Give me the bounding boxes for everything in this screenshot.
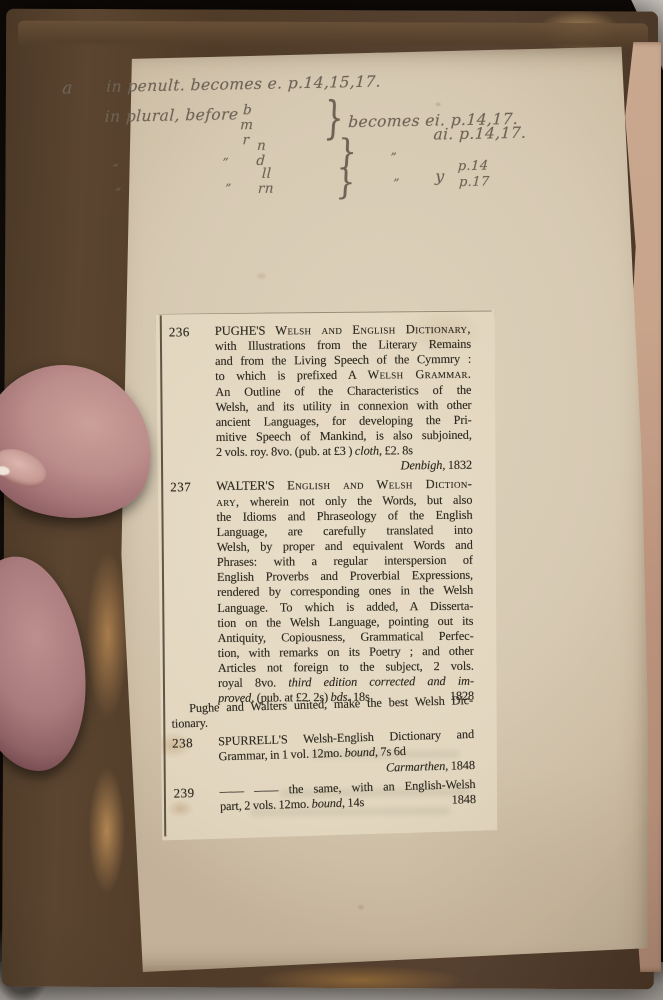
- catalog-text: ancient Languages, for developing the Pr…: [216, 413, 472, 429]
- entry-237: 237WALTER'S English and Welsh Diction-ar…: [157, 477, 498, 707]
- annotation-y-result: y: [435, 167, 445, 185]
- catalog-text: , £2. 8s: [379, 443, 413, 457]
- letter-stack-nd: n d: [256, 139, 267, 169]
- brace-3: }: [335, 162, 357, 203]
- ditto-mark: ”: [393, 176, 401, 190]
- catalog-text: English Proverbs and Proverbial Expressi…: [217, 568, 473, 584]
- catalog-text: PUGHE'S: [215, 323, 275, 338]
- ditto-mark: ”: [390, 150, 398, 164]
- annotation-ai-result: ai. p.14,17.: [433, 124, 527, 144]
- ditto-mark: ”: [112, 162, 120, 176]
- annotation-p14: p.14: [457, 158, 488, 174]
- catalog-text: Welsh Grammar.: [368, 367, 472, 382]
- catalog-text: Welsh, by proper and equivalent Words an…: [217, 538, 473, 554]
- thumbnail: [0, 441, 53, 495]
- entry-number: 236: [169, 324, 190, 340]
- catalog-text: An Outline of the Characteristics of the: [215, 382, 471, 398]
- catalog-text: to which is prefixed A: [215, 368, 367, 383]
- catalog-line: Denbigh, 1832: [216, 458, 472, 475]
- annotation-p17: p.17: [459, 174, 490, 190]
- ditto-mark: ”: [222, 155, 230, 169]
- catalog-text: bound: [311, 796, 342, 811]
- entry-236: 236PUGHE'S Welsh and English Dictionary,…: [156, 322, 496, 476]
- catalog-text: third edition corrected and im-: [288, 674, 474, 690]
- catalog-text: part, 2 vols. 12mo.: [220, 797, 312, 814]
- catalog-text: with Illustrations from the Literary Rem…: [215, 337, 471, 353]
- catalog-text: Phrases: with a regular interspersion of: [217, 553, 473, 569]
- ditto-mark: ”: [115, 186, 123, 200]
- annotation-line-2: in plural, before: [104, 105, 239, 126]
- catalog-text: tionary.: [171, 716, 208, 731]
- catalog-text: Language. To which is added, A Disserta-: [217, 598, 473, 614]
- catalog-text: Antiquity, Copiousness, Grammatical Perf…: [217, 629, 473, 645]
- catalog-entries-lower: Pughe and Walters united, make the best …: [158, 692, 500, 816]
- pencil-annotations: a in penult. becomes e. p.14,15,17. in p…: [51, 57, 560, 237]
- catalog-text: Welsh and English Dictionary,: [275, 322, 471, 338]
- entry-number: 238: [172, 735, 193, 752]
- catalog-text: Articles not foreign to the subject, 2 v…: [218, 659, 474, 675]
- catalog-text: tion on the Welsh Language, pointing out…: [217, 613, 473, 629]
- catalog-text: bound: [344, 745, 375, 760]
- photo-of-book-page: a in penult. becomes e. p.14,15,17. in p…: [0, 0, 663, 1000]
- catalog-clipping: 236PUGHE'S Welsh and English Dictionary,…: [156, 310, 500, 841]
- catalog-text: ary,: [216, 494, 239, 508]
- catalog-text: 2 vols. roy. 8vo. (pub. at £3 ): [216, 444, 355, 459]
- catalog-text: , 7s 6d: [375, 744, 406, 759]
- annotation-letter-a: a: [62, 78, 74, 98]
- catalog-text: Language, are carefully translated into: [217, 523, 473, 539]
- catalog-text: the Idioms and Phraseology of the Englis…: [216, 507, 472, 523]
- ditto-mark: ”: [225, 181, 233, 195]
- catalog-text: mitive Speech of Mankind, is also subjoi…: [216, 428, 472, 444]
- catalog-text: 1832: [445, 458, 472, 472]
- entry-number: 237: [170, 480, 191, 496]
- catalog-text: WALTER'S: [216, 479, 287, 494]
- nail-highlight: [0, 466, 10, 476]
- letter-stack-llrn: ll rn: [258, 167, 275, 197]
- catalog-text: tion, with remarks on its Poetry ; and o…: [218, 644, 474, 660]
- catalog-text: Carmarthen,: [386, 758, 448, 774]
- catalog-text: , 14s: [342, 795, 365, 810]
- catalog-text: wherein not only the Words, but also: [239, 492, 472, 508]
- catalog-text: rendered by corresponding ones in the We…: [217, 583, 473, 599]
- letter-stack-bmr: b m r: [239, 103, 254, 148]
- leather-top-edge: [18, 21, 648, 50]
- catalog-entries-upper: 236PUGHE'S Welsh and English Dictionary,…: [156, 322, 498, 711]
- entry-238: 238SPURRELL'S Welsh-English Dictionary a…: [159, 727, 499, 782]
- catalog-text: Welsh, and its utility in connexion with…: [215, 397, 471, 413]
- entry-number: 239: [173, 785, 194, 802]
- catalog-text: English and Welsh Diction-: [287, 477, 472, 493]
- entry-year: 1848: [451, 792, 476, 808]
- catalog-text: royal 8vo.: [218, 676, 289, 691]
- catalog-text: 1848: [448, 758, 475, 773]
- catalog-text: cloth: [355, 444, 379, 458]
- catalog-text: Denbigh,: [401, 458, 446, 472]
- catalog-text: and from the Living Speech of the Cymmry…: [215, 352, 471, 368]
